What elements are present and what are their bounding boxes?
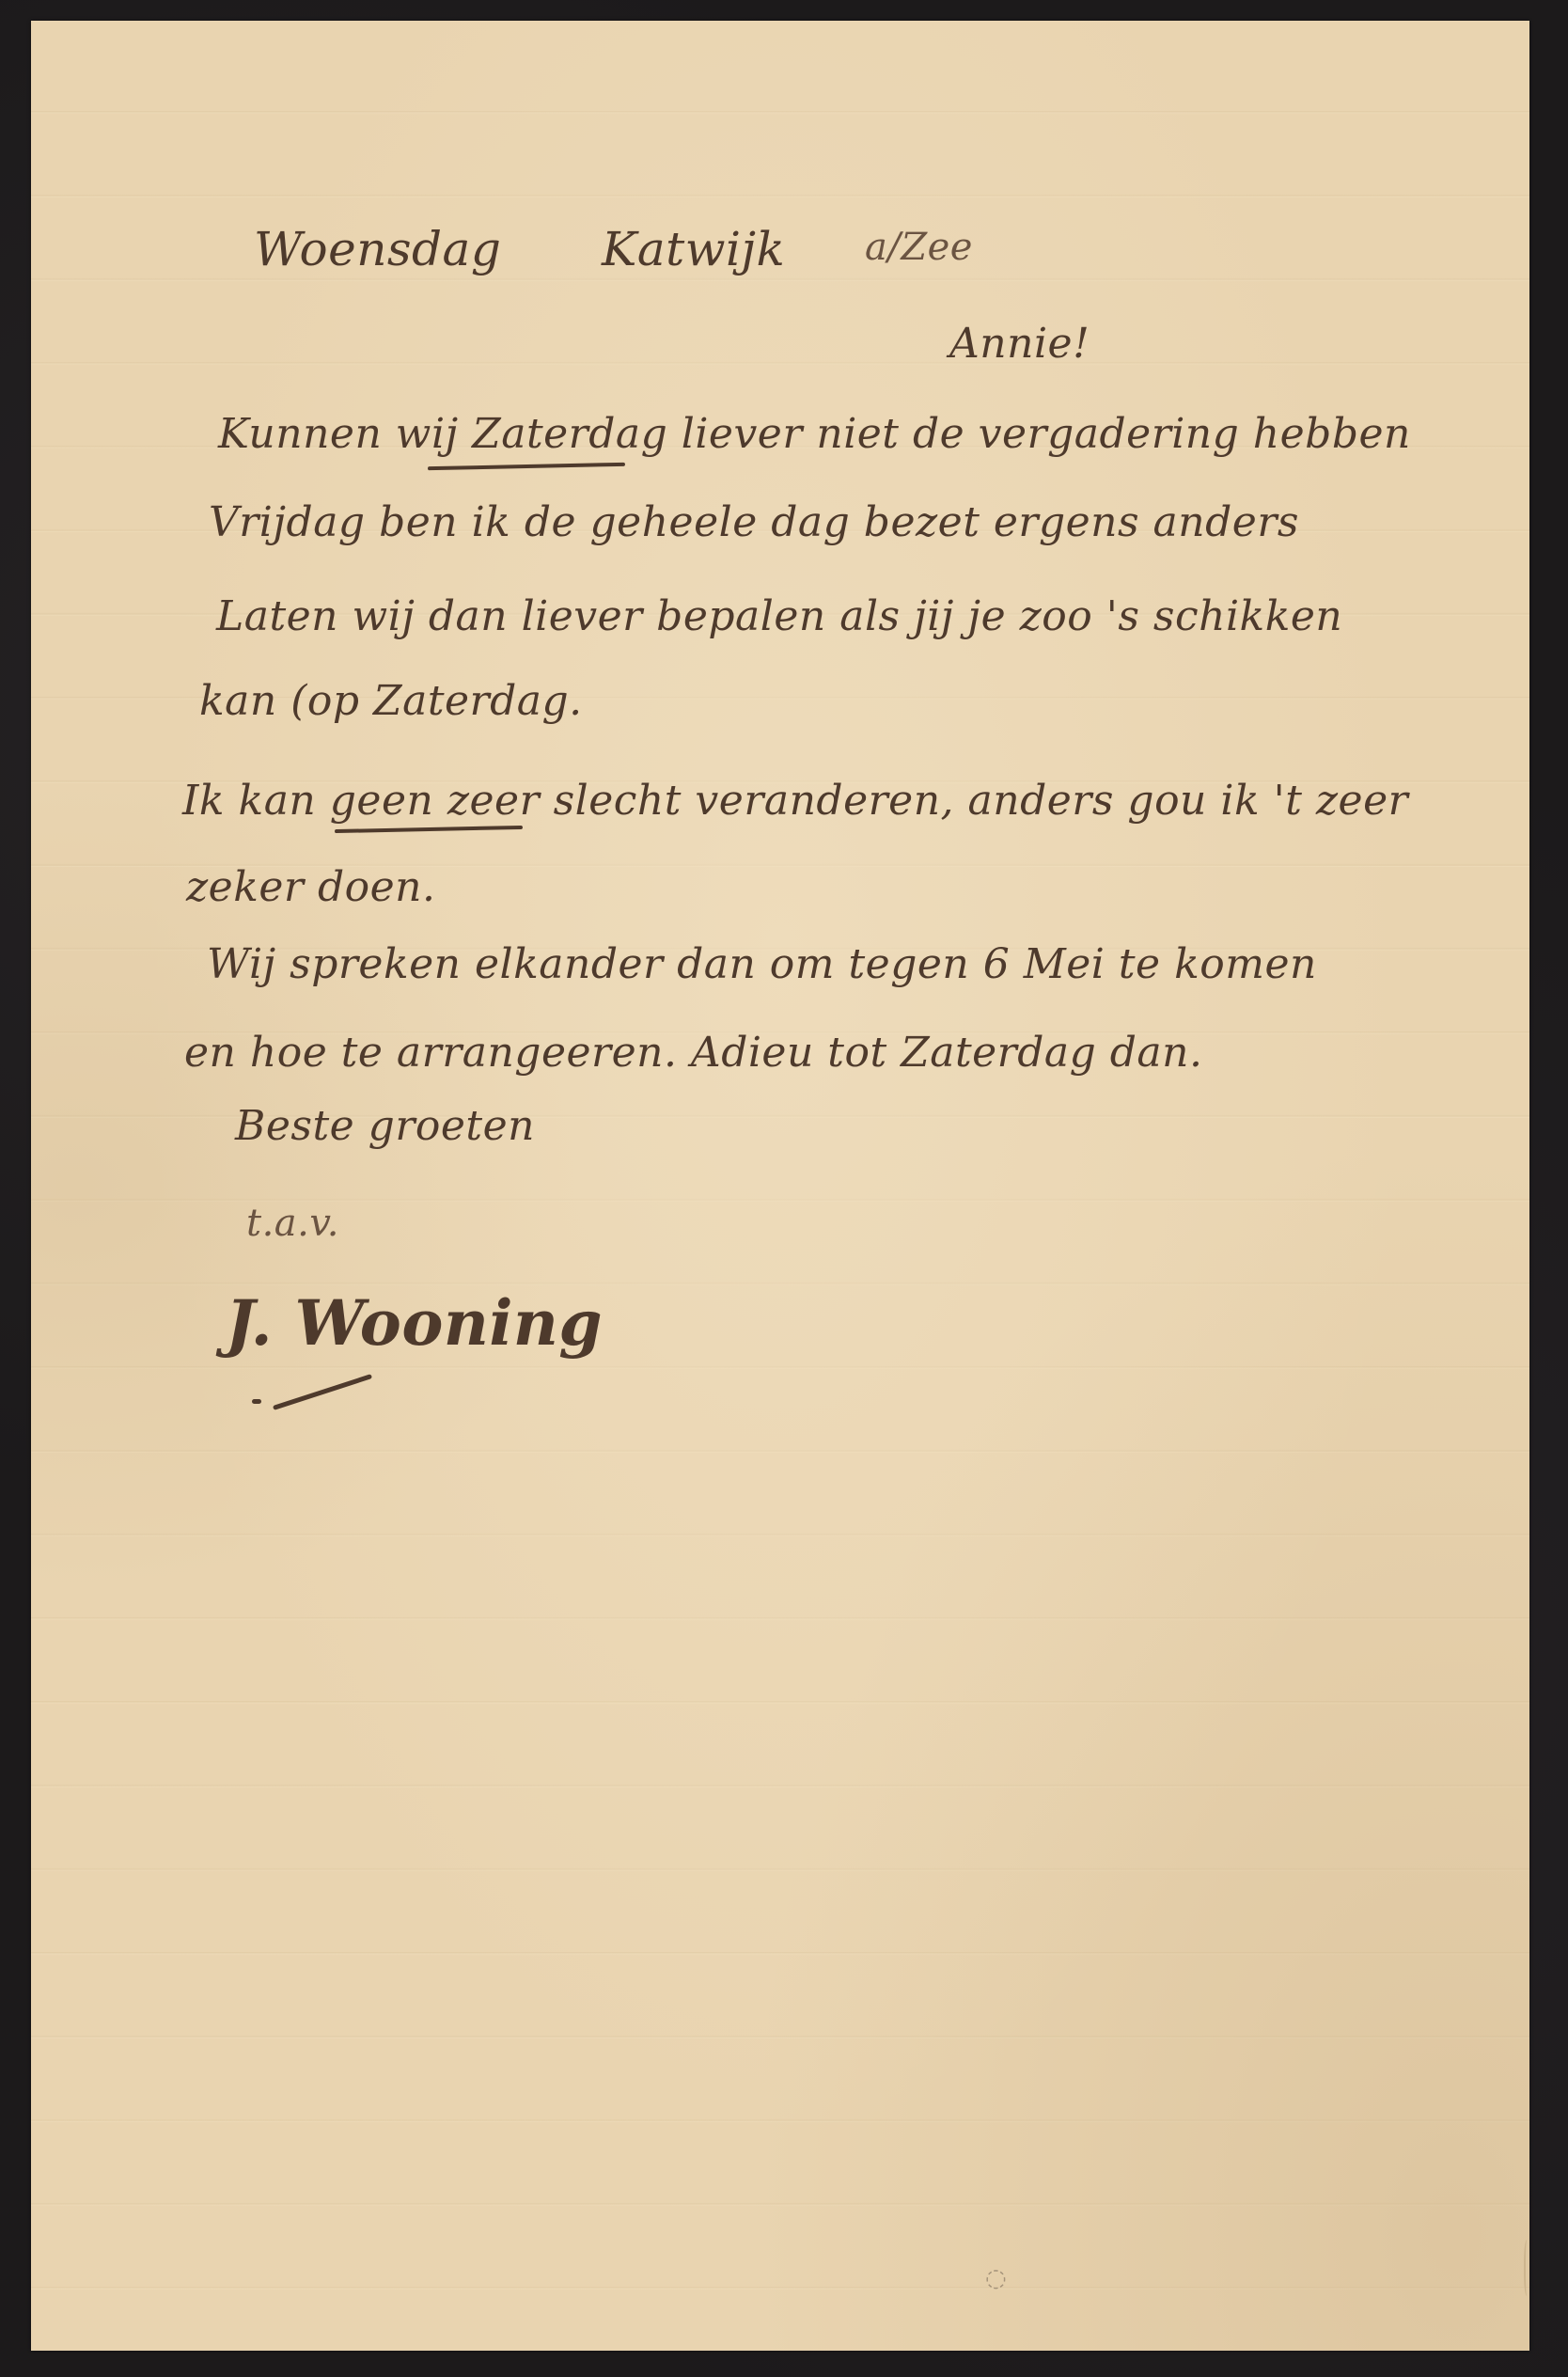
body-line-2: Vrijdag ben ik de geheele dag bezet erge… — [209, 498, 1299, 546]
body-line-8: en hoe te arrangeeren. Adieu tot Zaterda… — [184, 1029, 1202, 1077]
body-line-3: Laten wij dan liever bepalen als jij je … — [216, 592, 1342, 640]
body-line-4: kan (op Zaterdag. — [199, 677, 583, 725]
letter-salutation: Annie! — [949, 320, 1090, 368]
letter-closing-note: t.a.v. — [246, 1202, 339, 1245]
letter-day: Woensdag — [254, 222, 501, 276]
letter-closing: Beste groeten — [235, 1102, 535, 1150]
letter-place: Katwijk — [602, 222, 785, 276]
paper-tear — [1524, 2240, 1531, 2296]
letter-place-suffix: a/Zee — [865, 226, 973, 269]
signature-dot — [252, 1399, 261, 1404]
body-line-7: Wij spreken elkander dan om tegen 6 Mei … — [207, 940, 1317, 988]
body-line-6: zeker doen. — [186, 863, 435, 911]
pencil-mark: ◌ — [985, 2264, 1007, 2292]
body-line-1: Kunnen wij Zaterdag liever niet de verga… — [218, 410, 1411, 458]
letter-sheet — [31, 21, 1529, 2351]
letter-signature: J. Wooning — [226, 1286, 603, 1360]
body-line-5: Ik kan geen zeer slecht veranderen, ande… — [182, 777, 1408, 825]
